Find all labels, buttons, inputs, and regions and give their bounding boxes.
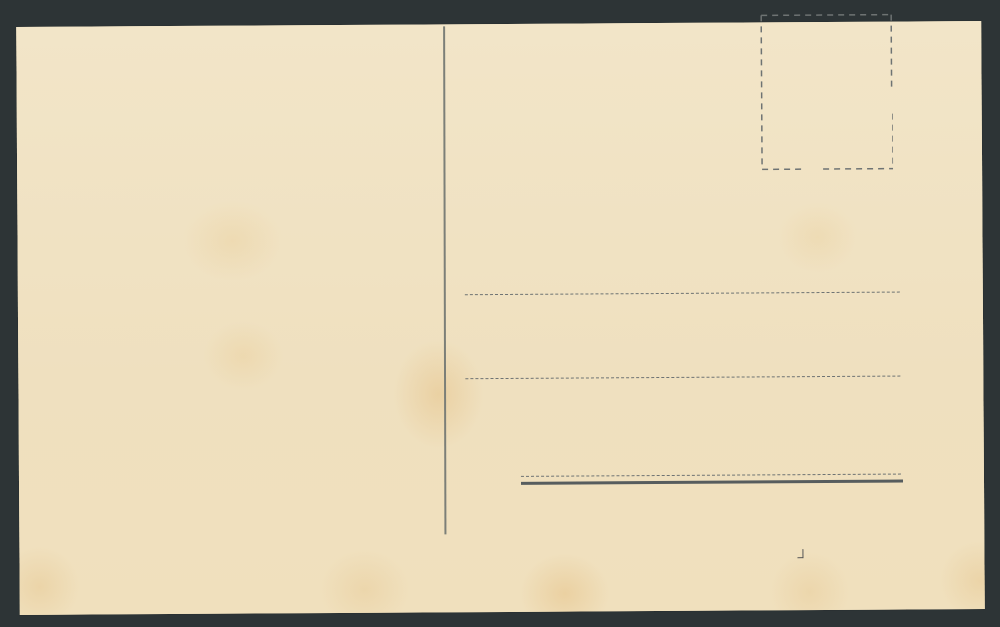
stamp-box (760, 14, 893, 171)
stamp-box-dashed-outline (760, 14, 893, 171)
address-line-1 (465, 292, 900, 296)
address-line-2 (465, 376, 900, 380)
message-area (16, 24, 440, 615)
address-line-3-underline (521, 480, 903, 485)
center-divider-line (443, 26, 446, 534)
small-printer-mark (797, 549, 803, 558)
postcard-back (16, 21, 985, 615)
address-line-3 (521, 474, 901, 477)
